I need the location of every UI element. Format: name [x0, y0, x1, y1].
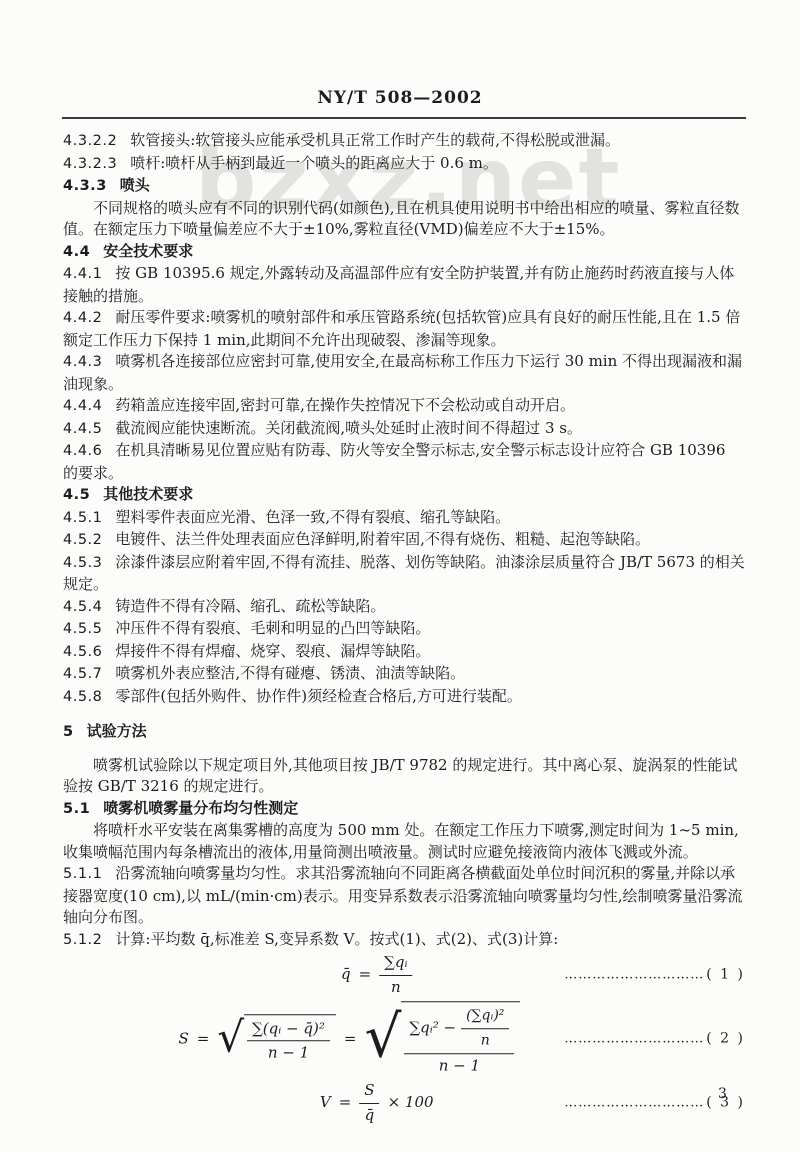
inner-fraction: (∑qᵢ)² n	[461, 1005, 509, 1051]
formula-2-equation: S = √ ∑(qᵢ − q̄)² n − 1 = √	[178, 1001, 520, 1077]
clause-4-5-6: 4.5.6焊接件不得有焊瘤、烧穿、裂痕、漏焊等缺陷。	[63, 641, 745, 664]
clause-number: 4.4.3	[63, 354, 102, 370]
section-5-heading: 5试验方法	[63, 721, 745, 744]
clause-text: 喷头	[120, 176, 150, 194]
fraction-denominator: n	[461, 1028, 509, 1052]
formula-2-number: ( 2 )	[706, 1030, 745, 1046]
clause-5-1-2: 5.1.2计算:平均数 q̄,标准差 S,变异系数 V。按式(1)、式(2)、式…	[63, 929, 745, 952]
equals-sign: =	[344, 1028, 357, 1050]
clause-5-1-1: 5.1.1沿雾流轴向喷雾量均匀性。求其沿雾流轴向不同距离各横截面处单位时间沉积的…	[63, 863, 745, 929]
clause-4-5-7: 4.5.7喷雾机外表应整洁,不得有碰瘪、锈渍、油渍等缺陷。	[63, 663, 745, 686]
page-number: 3	[718, 1086, 727, 1102]
fraction-denominator: n − 1	[247, 1041, 330, 1065]
formula-3-variation-coefficient: V = S q̄ × 100 …………………………( 3 )	[63, 1079, 745, 1127]
equals-sign: =	[339, 1092, 352, 1114]
clause-text: 冲压件不得有裂痕、毛刺和明显的凸凹等缺陷。	[115, 619, 430, 637]
times-100: × 100	[388, 1092, 434, 1114]
clause-number: 4.5.2	[63, 532, 102, 548]
clause-text: 其他技术要求	[103, 485, 193, 503]
clause-text: 涂漆件漆层应附着牢固,不得有流挂、脱落、划伤等缺陷。油漆涂层质量符合 JB/T …	[63, 553, 745, 594]
formula-1-number: ( 1 )	[706, 966, 745, 982]
fraction-numerator: ∑(qᵢ − q̄)²	[247, 1018, 330, 1041]
clause-number: 4.5.8	[63, 689, 102, 705]
clause-4-4-2: 4.4.2耐压零件要求:喷雾机的喷射部件和承压管路系统(包括软管)应具有良好的耐…	[63, 307, 745, 351]
clause-4-4-6: 4.4.6在机具清晰易见位置应贴有防毒、防火等安全警示标志,安全警示标志设计应符…	[63, 440, 745, 484]
clause-number: 4.5.1	[63, 510, 102, 526]
equals-sign: =	[359, 964, 372, 986]
paragraph-text: 喷雾机试验除以下规定项目外,其他项目按 JB/T 9782 的规定进行。其中离心…	[63, 756, 737, 796]
clause-number: 4.5	[63, 487, 90, 503]
clause-text: 焊接件不得有焊瘤、烧穿、裂痕、漏焊等缺陷。	[115, 642, 430, 660]
standard-number-header: NY/T 508—2002	[0, 88, 800, 108]
clause-number: 5.1.1	[63, 866, 102, 882]
formula-3-lhs: V	[320, 1092, 331, 1114]
clause-text: 按 GB 10395.6 规定,外露转动及高温部件应有安全防护装置,并有防止施药…	[63, 264, 734, 305]
clause-number: 4.3.2.2	[63, 133, 117, 149]
clause-number: 4.5.6	[63, 644, 102, 660]
clause-4-3-2-3: 4.3.2.3喷杆:喷杆从手柄到最近一个喷头的距离应大于 0.6 m。	[63, 153, 745, 176]
paragraph-text: 不同规格的喷头应有不同的识别代码(如颜色),且在机具使用说明书中给出相应的喷量、…	[63, 199, 739, 239]
clause-text: 铸造件不得有冷隔、缩孔、疏松等缺陷。	[115, 597, 385, 615]
clause-4-4-4: 4.4.4药箱盖应连接牢固,密封可靠,在操作失控情况下不会松动或自动开启。	[63, 395, 745, 418]
clause-number: 4.5.7	[63, 666, 102, 682]
clause-text: 喷杆:喷杆从手柄到最近一个喷头的距离应大于 0.6 m。	[130, 154, 498, 172]
clause-4-5-1: 4.5.1塑料零件表面应光滑、色泽一致,不得有裂痕、缩孔等缺陷。	[63, 507, 745, 530]
clause-4-4-heading: 4.4安全技术要求	[63, 241, 745, 264]
radical-sign-icon: √	[364, 1012, 401, 1061]
clause-4-5-2: 4.5.2电镀件、法兰件处理表面应色泽鲜明,附着牢固,不得有烧伤、粗糙、起泡等缺…	[63, 529, 745, 552]
clause-text: 药箱盖应连接牢固,密封可靠,在操作失控情况下不会松动或自动开启。	[115, 396, 575, 414]
fraction-denominator: q̄	[359, 1103, 379, 1127]
formula-2-lhs: S	[178, 1028, 188, 1050]
clause-text: 安全技术要求	[103, 242, 193, 260]
clause-number: 4.4.2	[63, 310, 102, 326]
square-root: √ ∑qᵢ² − (∑qᵢ)² n n − 1	[364, 1001, 520, 1077]
formula-1-equation: q̄ = ∑qᵢ n	[341, 952, 413, 998]
clause-number: 4.3.2.3	[63, 156, 117, 172]
clause-4-3-3-heading: 4.3.3喷头	[63, 175, 745, 198]
clause-number: 4.3.3	[63, 178, 107, 194]
radical-sign-icon: √	[217, 1019, 244, 1055]
clause-text: 电镀件、法兰件处理表面应色泽鲜明,附着牢固,不得有烧伤、粗糙、起泡等缺陷。	[115, 530, 650, 548]
leader-dots: …………………………	[564, 967, 704, 982]
clause-4-4-5: 4.4.5截流阀应能快速断流。关闭截流阀,喷头处延时止液时间不得超过 3 s。	[63, 418, 745, 441]
clause-text: 塑料零件表面应光滑、色泽一致,不得有裂痕、缩孔等缺陷。	[115, 508, 510, 526]
clause-text: 截流阀应能快速断流。关闭截流阀,喷头处延时止液时间不得超过 3 s。	[115, 419, 582, 437]
clause-text: 沿雾流轴向喷雾量均匀性。求其沿雾流轴向不同距离各横截面处单位时间沉积的雾量,并除…	[63, 864, 743, 926]
clause-4-5-heading: 4.5其他技术要求	[63, 484, 745, 507]
fraction-denominator: n	[379, 975, 412, 999]
fraction-denominator: n − 1	[404, 1053, 514, 1077]
fraction: ∑qᵢ n	[379, 952, 412, 998]
fraction: ∑qᵢ² − (∑qᵢ)² n n − 1	[404, 1005, 514, 1077]
clause-text: 喷雾机各连接部位应密封可靠,使用安全,在最高标称工作压力下运行 30 min 不…	[63, 352, 742, 393]
clause-text: 零部件(包括外购件、协作件)须经检查合格后,方可进行装配。	[115, 687, 521, 705]
fraction-numerator: S	[359, 1080, 379, 1103]
formula-2-leader: …………………………( 2 )	[564, 1028, 745, 1050]
clause-number: 4.5.4	[63, 599, 102, 615]
section-title: 试验方法	[87, 722, 147, 740]
paragraph-text: 将喷杆水平安装在离集雾槽的高度为 500 mm 处。在额定工作压力下喷雾,测定时…	[63, 821, 739, 861]
numerator-left: ∑qᵢ² −	[409, 1018, 456, 1040]
clause-text: 软管接头:软管接头应能承受机具正常工作时产生的载荷,不得松脱或泄漏。	[130, 131, 620, 149]
clause-text: 喷雾机外表应整洁,不得有碰瘪、锈渍、油渍等缺陷。	[115, 664, 465, 682]
clause-text: 耐压零件要求:喷雾机的喷射部件和承压管路系统(包括软管)应具有良好的耐压性能,且…	[63, 308, 740, 349]
leader-dots: …………………………	[564, 1095, 704, 1110]
clause-text: 喷雾机喷雾量分布均匀性测定	[103, 799, 298, 817]
formula-1-leader: …………………………( 1 )	[564, 964, 745, 986]
leader-dots: …………………………	[564, 1031, 704, 1046]
square-root: √ ∑(qᵢ − q̄)² n − 1	[217, 1014, 336, 1064]
clause-4-4-1: 4.4.1按 GB 10395.6 规定,外露转动及高温部件应有安全防护装置,并…	[63, 263, 745, 307]
paragraph-test-general: 喷雾机试验除以下规定项目外,其他项目按 JB/T 9782 的规定进行。其中离心…	[63, 755, 745, 798]
clause-4-5-5: 4.5.5冲压件不得有裂痕、毛刺和明显的凸凹等缺陷。	[63, 618, 745, 641]
section-number: 5	[63, 724, 74, 740]
clause-4-5-4: 4.5.4铸造件不得有冷隔、缩孔、疏松等缺陷。	[63, 596, 745, 619]
clause-4-4-3: 4.4.3喷雾机各连接部位应密封可靠,使用安全,在最高标称工作压力下运行 30 …	[63, 351, 745, 395]
header-rule	[62, 117, 746, 119]
fraction-numerator: ∑qᵢ² − (∑qᵢ)² n	[404, 1005, 514, 1053]
clause-text: 在机具清晰易见位置应贴有防毒、防火等安全警示标志,安全警示标志设计应符合 GB …	[63, 441, 725, 482]
clause-4-5-3: 4.5.3涂漆件漆层应附着牢固,不得有流挂、脱落、划伤等缺陷。油漆涂层质量符合 …	[63, 552, 745, 596]
formula-1-lhs: q̄	[341, 964, 351, 986]
fraction: S q̄	[359, 1080, 379, 1126]
clause-number: 4.5.3	[63, 555, 102, 571]
clause-4-3-2-2: 4.3.2.2软管接头:软管接头应能承受机具正常工作时产生的载荷,不得松脱或泄漏…	[63, 130, 745, 153]
clause-text: 计算:平均数 q̄,标准差 S,变异系数 V。按式(1)、式(2)、式(3)计算…	[115, 930, 558, 948]
document-body: 4.3.2.2软管接头:软管接头应能承受机具正常工作时产生的载荷,不得松脱或泄漏…	[63, 130, 745, 1127]
clause-number: 5.1	[63, 801, 90, 817]
formula-3-equation: V = S q̄ × 100	[320, 1080, 434, 1126]
fraction-numerator: (∑qᵢ)²	[461, 1005, 509, 1028]
clause-number: 4.4.4	[63, 398, 102, 414]
formula-1-mean: q̄ = ∑qᵢ n …………………………( 1 )	[63, 951, 745, 999]
clause-number: 4.5.5	[63, 621, 102, 637]
clause-number: 4.4.5	[63, 421, 102, 437]
paragraph-nozzle-codes: 不同规格的喷头应有不同的识别代码(如颜色),且在机具使用说明书中给出相应的喷量、…	[63, 198, 745, 241]
document-page: bzxz.net NY/T 508—2002 4.3.2.2软管接头:软管接头应…	[0, 0, 800, 1152]
clause-number: 4.4.6	[63, 443, 102, 459]
fraction-numerator: ∑qᵢ	[379, 952, 412, 975]
clause-number: 5.1.2	[63, 932, 102, 948]
formula-2-standard-deviation: S = √ ∑(qᵢ − q̄)² n − 1 = √	[63, 999, 745, 1079]
clause-number: 4.4.1	[63, 266, 102, 282]
paragraph-spray-boom-setup: 将喷杆水平安装在离集雾槽的高度为 500 mm 处。在额定工作压力下喷雾,测定时…	[63, 820, 745, 863]
clause-number: 4.4	[63, 244, 90, 260]
clause-5-1-heading: 5.1喷雾机喷雾量分布均匀性测定	[63, 798, 745, 821]
fraction: ∑(qᵢ − q̄)² n − 1	[247, 1018, 330, 1064]
clause-4-5-8: 4.5.8零部件(包括外购件、协作件)须经检查合格后,方可进行装配。	[63, 686, 745, 709]
equals-sign: =	[197, 1028, 210, 1050]
